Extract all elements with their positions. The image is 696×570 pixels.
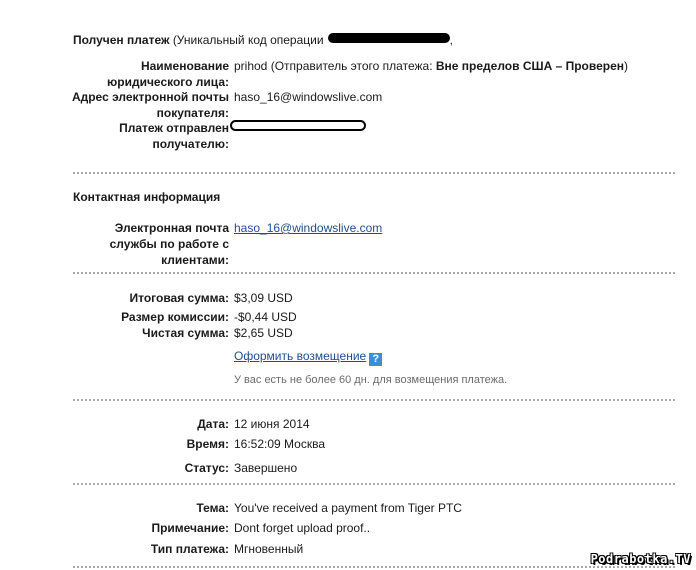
date-value: 12 июня 2014 xyxy=(234,416,310,432)
fee-value: -$0,44 USD xyxy=(234,309,297,325)
payment-received-header: Получен платеж (Уникальный код операции, xyxy=(73,33,453,47)
separator xyxy=(73,172,675,174)
redacted-recipient xyxy=(230,120,366,131)
contact-info-heading: Контактная информация xyxy=(73,190,220,204)
total-amount-label: Итоговая сумма: xyxy=(59,290,229,306)
support-email-link[interactable]: haso_16@windowslive.com xyxy=(234,221,382,235)
refund-note: У вас есть не более 60 дн. для возмещени… xyxy=(234,372,507,388)
status-value: Завершено xyxy=(234,460,297,476)
note-label: Примечание: xyxy=(59,520,229,536)
total-amount-value: $3,09 USD xyxy=(234,290,293,306)
time-label: Время: xyxy=(59,436,229,452)
redacted-transaction-id xyxy=(328,33,450,43)
header-transaction-id-label: (Уникальный код операции xyxy=(173,33,324,47)
date-label: Дата: xyxy=(59,416,229,432)
payment-type-label: Тип платежа: xyxy=(59,541,229,557)
company-name-label: Наименование юридического лица: xyxy=(59,58,229,90)
sent-to-label: Платеж отправлен получателю: xyxy=(59,120,229,152)
separator xyxy=(73,272,675,274)
buyer-email-value: haso_16@windowslive.com xyxy=(234,89,382,105)
separator xyxy=(73,399,675,401)
subject-label: Тема: xyxy=(59,500,229,516)
note-value: Dont forget upload proof.. xyxy=(234,520,370,536)
support-email-label: Электронная почта службы по работе с кли… xyxy=(59,220,229,268)
watermark: Podrabotka.TV xyxy=(591,552,691,566)
header-title: Получен платеж xyxy=(73,33,169,47)
time-value: 16:52:09 Москва xyxy=(234,436,325,452)
separator xyxy=(73,483,675,485)
net-amount-label: Чистая сумма: xyxy=(59,325,229,341)
issue-refund-link[interactable]: Оформить возмещение xyxy=(234,349,366,363)
separator xyxy=(73,566,675,568)
payment-type-value: Мгновенный xyxy=(234,541,303,557)
help-icon[interactable]: ? xyxy=(369,353,382,366)
net-amount-value: $2,65 USD xyxy=(234,325,293,341)
status-label: Статус: xyxy=(59,460,229,476)
buyer-email-label: Адрес электронной почты покупателя: xyxy=(59,89,229,121)
fee-label: Размер комиссии: xyxy=(59,309,229,325)
subject-value: You've received a payment from Tiger PTC xyxy=(234,500,462,516)
company-name-value: prihod (Отправитель этого платежа: Вне п… xyxy=(234,58,628,74)
